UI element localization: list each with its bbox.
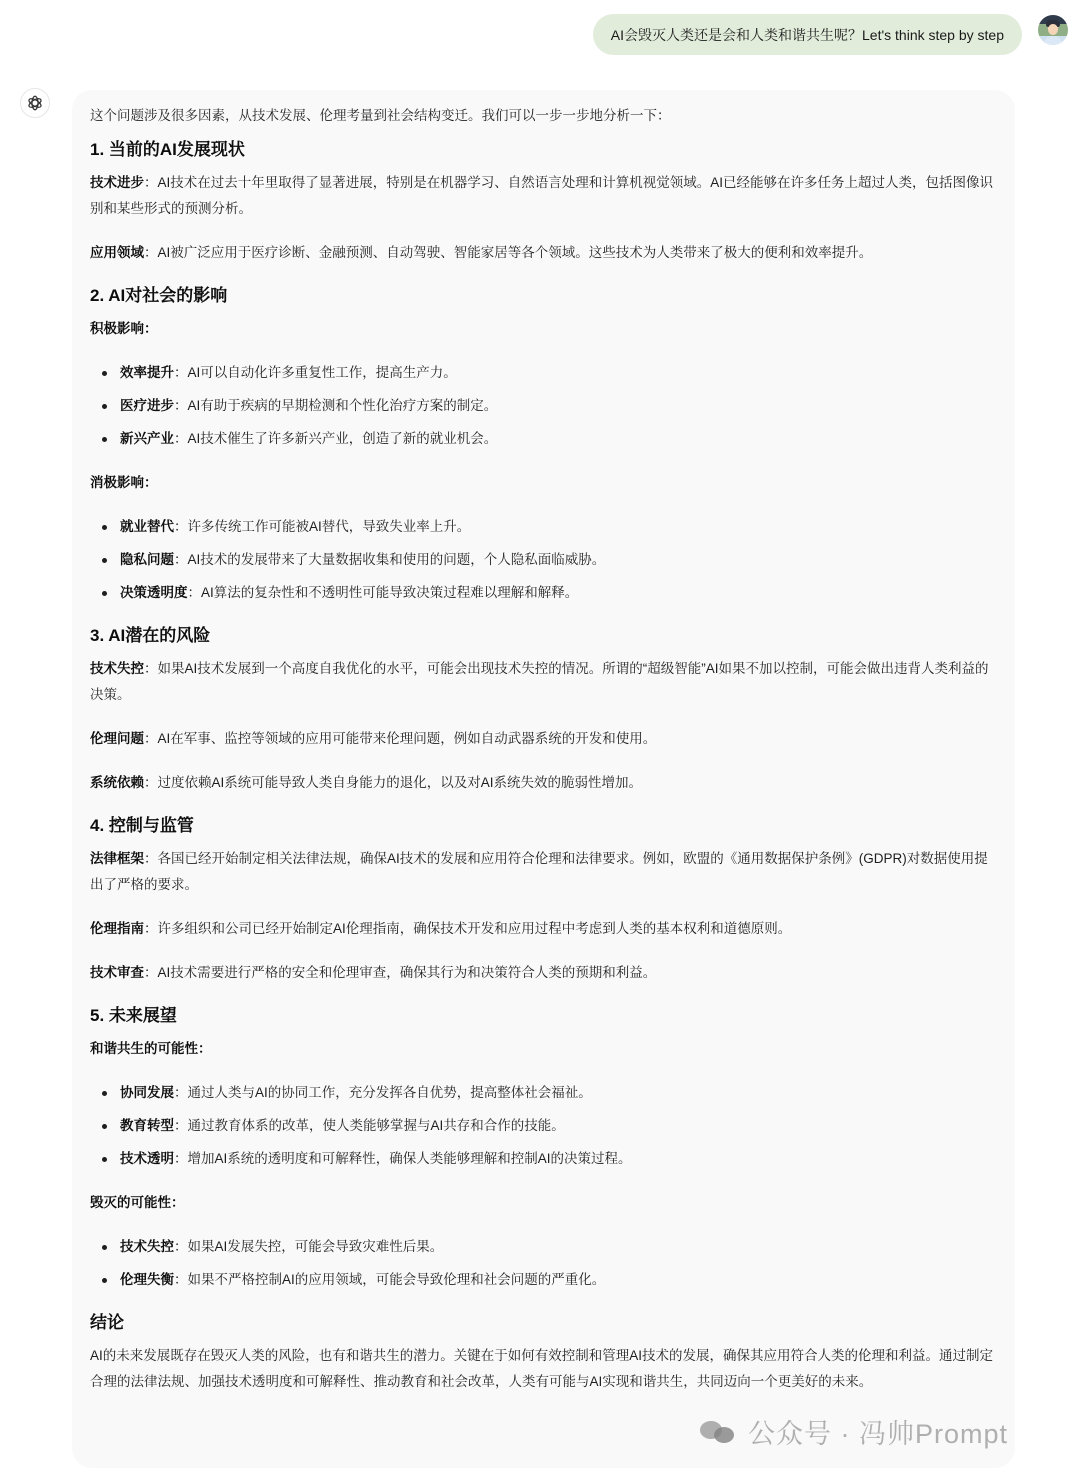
avatar-face [1048,24,1058,35]
user-message-bubble: AI会毁灭人类还是会和人类和谐共生呢？Let's think step by s… [593,14,1022,55]
list-item: 协同发展：通过人类与AI的协同工作，充分发挥各自优势，提高整体社会福祉。 [90,1080,997,1106]
user-message-text: AI会毁灭人类还是会和人类和谐共生呢？Let's think step by s… [611,25,1004,45]
watermark: 公众号 · 冯帅Prompt [700,1412,1008,1451]
paragraph: 法律框架：各国已经开始制定相关法律法规，确保AI技术的发展和应用符合伦理和法律要… [90,846,997,898]
list-item: 技术透明：增加AI系统的透明度和可解释性，确保人类能够理解和控制AI的决策过程。 [90,1146,997,1172]
conclusion-text: AI的未来发展既存在毁灭人类的风险，也有和谐共生的潜力。关键在于如何有效控制和管… [90,1343,997,1395]
list-item: 技术失控：如果AI发展失控，可能会导致灾难性后果。 [90,1234,997,1260]
paragraph: 系统依赖：过度依赖AI系统可能导致人类自身能力的退化，以及对AI系统失效的脆弱性… [90,770,997,796]
list-item: 教育转型：通过教育体系的改革，使人类能够掌握与AI共存和合作的技能。 [90,1113,997,1139]
paragraph: 技术失控：如果AI技术发展到一个高度自我优化的水平，可能会出现技术失控的情况。所… [90,656,997,708]
paragraph: 技术审查：AI技术需要进行严格的安全和伦理审查，确保其行为和决策符合人类的预期和… [90,960,997,986]
openai-logo-icon [20,88,50,118]
list-item: 就业替代：许多传统工作可能被AI替代，导致失业率上升。 [90,514,997,540]
user-message-row: AI会毁灭人类还是会和人类和谐共生呢？Let's think step by s… [593,14,1068,55]
watermark-text: 公众号 · 冯帅Prompt [748,1412,1008,1451]
list-item: 隐私问题：AI技术的发展带来了大量数据收集和使用的问题，个人隐私面临威胁。 [90,547,997,573]
section-heading: 5. 未来展望 [90,1004,997,1028]
negative-list: 就业替代：许多传统工作可能被AI替代，导致失业率上升。 隐私问题：AI技术的发展… [90,514,997,606]
list-item: 效率提升：AI可以自动化许多重复性工作，提高生产力。 [90,360,997,386]
section-heading: 3. AI潜在的风险 [90,624,997,648]
harmony-list: 协同发展：通过人类与AI的协同工作，充分发挥各自优势，提高整体社会福祉。 教育转… [90,1080,997,1172]
assistant-message-card: 这个问题涉及很多因素，从技术发展、伦理考量到社会结构变迁。我们可以一步一步地分析… [72,90,1015,1468]
section-heading: 2. AI对社会的影响 [90,284,997,308]
paragraph: 伦理问题：AI在军事、监控等领域的应用可能带来伦理问题，例如自动武器系统的开发和… [90,726,997,752]
conclusion-heading: 结论 [90,1311,997,1335]
list-item: 决策透明度：AI算法的复杂性和不透明性可能导致决策过程难以理解和解释。 [90,580,997,606]
destruction-list: 技术失控：如果AI发展失控，可能会导致灾难性后果。 伦理失衡：如果不严格控制AI… [90,1234,997,1293]
section-heading: 4. 控制与监管 [90,814,997,838]
list-item: 新兴产业：AI技术催生了许多新兴产业，创造了新的就业机会。 [90,426,997,452]
intro-text: 这个问题涉及很多因素，从技术发展、伦理考量到社会结构变迁。我们可以一步一步地分析… [90,103,997,129]
subheading-destruction: 毁灭的可能性： [90,1190,997,1216]
list-item: 医疗进步：AI有助于疾病的早期检测和个性化治疗方案的制定。 [90,393,997,419]
list-item: 伦理失衡：如果不严格控制AI的应用领域，可能会导致伦理和社会问题的严重化。 [90,1267,997,1293]
subheading-harmony: 和谐共生的可能性： [90,1036,997,1062]
paragraph: 应用领域：AI被广泛应用于医疗诊断、金融预测、自动驾驶、智能家居等各个领域。这些… [90,240,997,266]
user-avatar[interactable] [1038,15,1068,45]
section-heading: 1. 当前的AI发展现状 [90,138,997,162]
avatar-shirt [1044,36,1062,45]
wechat-icon [700,1419,740,1445]
subheading-negative: 消极影响： [90,470,997,496]
positive-list: 效率提升：AI可以自动化许多重复性工作，提高生产力。 医疗进步：AI有助于疾病的… [90,360,997,452]
paragraph: 伦理指南：许多组织和公司已经开始制定AI伦理指南，确保技术开发和应用过程中考虑到… [90,916,997,942]
subheading-positive: 积极影响： [90,316,997,342]
paragraph: 技术进步：AI技术在过去十年里取得了显著进展，特别是在机器学习、自然语言处理和计… [90,170,997,222]
